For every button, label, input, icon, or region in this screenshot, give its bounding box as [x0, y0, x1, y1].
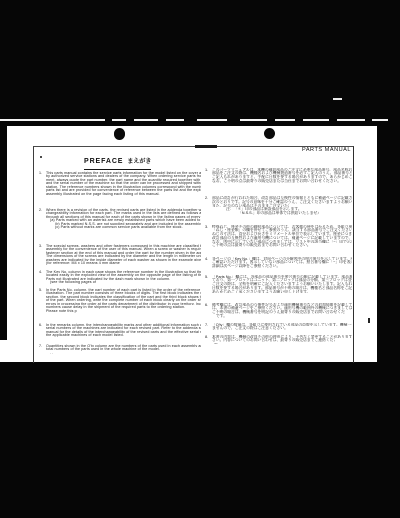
paragraph-number: 6. [39, 323, 42, 327]
scan-scratch-line [112, 119, 126, 121]
paragraph: 4.各ページの「Key No.」欄は、対向ページの分解図中の照合番号を示していま… [205, 257, 352, 268]
text-line: (see the following pages of each section… [50, 280, 97, 284]
text-line: です。 [216, 314, 233, 318]
text-line: the applicable machines of each model li… [46, 333, 127, 337]
scan-scratch-line [134, 119, 158, 121]
text-line: ませんので、ご注文の際はご注意ください。 [212, 326, 293, 330]
paragraph-number: 4. [39, 270, 42, 274]
scan-scratch-line [337, 119, 365, 121]
paragraph-lines: When there is a revision of the parts, t… [46, 208, 201, 230]
scan-scratch-line [275, 119, 295, 121]
paragraph-lines: The Key No. column in each page shows th… [46, 270, 201, 284]
paragraph-number: 3. [39, 244, 42, 248]
paragraph-number: 5. [205, 275, 208, 279]
paragraph: 5.In the Parts No. column, the part numb… [39, 288, 201, 313]
paragraph-number: 5. [39, 288, 42, 292]
preface-title: PREFACE [84, 158, 123, 165]
paragraph-lines: 「Parts No.」欄には、各部品の部品番号を照合番号の順に記載しています。部… [212, 275, 352, 294]
text-line: あらかじめご了承くださいますようお願い申し上げます。 [212, 290, 321, 294]
header-parts-manual: PARTS MANUAL [302, 147, 351, 153]
paragraph: 7.「Q'ty」欄の数量は、各組立に使用されている部品の員数を示しています。機械… [205, 323, 352, 331]
punch-hole [114, 128, 126, 140]
text-line: assembly illustrated on the page facing … [46, 192, 179, 196]
text-line: . . [50, 351, 62, 355]
paragraph-lines: このパーツマニュアルは、本機の補給部品のご注文に必要な部品番号、部品名称および員… [212, 168, 352, 183]
text-line: (for reference: M4 x 10 means 4 mm diame… [46, 261, 120, 265]
paragraph-number: 6. [205, 303, 208, 307]
paragraph-lines: This parts manual contains the service p… [46, 171, 201, 196]
paragraph: 2.部品に改訂が行われた場合、改訂部品は互換性の情報とともに補遺ページに記載され… [205, 196, 352, 215]
text-line: Please note this point. [46, 309, 77, 313]
scan-scratch-line [166, 119, 184, 121]
paragraph-number: 2. [39, 208, 42, 212]
scan-scratch-line [0, 119, 105, 121]
paragraph-number: 8. [205, 335, 208, 339]
paragraph-number: 2. [205, 196, 208, 200]
paragraph-number: 7. [39, 344, 42, 348]
text-line: さい。内容についてのお問い合わせは、最寄りの販売店までご連絡ください。 [212, 338, 335, 342]
text-line: ご不明の場合は、機械番号を明記のうえ最寄りの販売店までお問い合わせください。 [212, 310, 345, 314]
paragraph: 6.In the remarks column, the interchange… [39, 323, 201, 337]
paragraph-lines: 特殊ねじ、座金その他の締結部品については、お客様の便をはかるため、各組立単位ごと… [212, 225, 352, 248]
paragraph-lines: 各ページの「Key No.」欄は、対向ページの分解図中の照合番号を示しています。… [212, 257, 352, 268]
scan-scratch-line [372, 119, 388, 121]
scan-scratch-line [303, 119, 329, 121]
ink-speck [368, 318, 370, 323]
paragraph-lines: 備考欄には、改訂部品の互換性記号および適用機械番号などの追加情報を記載しています… [212, 303, 352, 318]
border-ink-mark [195, 145, 217, 148]
text-line: 詳細は次ページ以降をご参照ください。 [212, 264, 289, 268]
paragraph: 1.This parts manual contains the service… [39, 171, 201, 196]
paragraph-lines: The special screws, washers and other fa… [46, 244, 201, 266]
paragraph: 5.「Parts No.」欄には、各部品の部品番号を照合番号の順に記載しています… [205, 275, 352, 294]
scan-scratch-line [197, 119, 227, 121]
text-line: 「N.S.S.」印の部品は単体では供給いたしません。 [238, 211, 319, 215]
paragraph: 3.The special screws, washers and other … [39, 244, 201, 266]
paragraph: 8.本書の内容は、機械の改良その他の理由により、予告なく変更することがありますの… [205, 335, 352, 346]
scan-speck [333, 98, 342, 100]
paragraph-lines: 部品に改訂が行われた場合、改訂部品は互換性の情報とともに補遺ページに記載されます… [212, 196, 352, 215]
paragraph-lines: In the Parts No. column, the part number… [46, 288, 201, 313]
paragraph: 2.When there is a revision of the parts,… [39, 208, 201, 230]
page-edge [0, 340, 7, 362]
paragraph-lines: 「Q'ty」欄の数量は、各組立に使用されている部品の員数を示しています。機械一台… [212, 323, 352, 331]
scan-scratch-line [240, 119, 267, 121]
paragraph-lines: Quantities shown in the Q'ty column are … [46, 344, 201, 355]
text-line: ご不明の点は最寄りの販売店までお問い合わせください。 [212, 243, 316, 247]
paragraph: 7.Quantities shown in the Q'ty column ar… [39, 344, 201, 355]
paragraph: 1.このパーツマニュアルは、本機の補給部品のご注文に必要な部品番号、部品名称およ… [205, 168, 352, 183]
page-title: PREFACEまえがき [84, 150, 151, 171]
text-line: なお、ご不明の点は最寄りの販売店または当社までお問い合わせください。 [212, 179, 341, 183]
paragraph-number: 7. [205, 323, 208, 327]
paragraph-number: 4. [205, 257, 208, 261]
text-line: total numbers of the parts used in the w… [46, 347, 179, 351]
paragraph: 3.特殊ねじ、座金その他の締結部品については、お客様の便をはかるため、各組立単位… [205, 225, 352, 248]
paragraph: 4.The Key No. column in each page shows … [39, 270, 201, 284]
bullet-mark [40, 156, 42, 158]
paragraph-number: 3. [205, 225, 208, 229]
punch-hole [264, 128, 275, 139]
preface-title-japanese: まえがき [127, 159, 151, 165]
scanned-document: PREFACEまえがき PARTS MANUAL 1.This parts ma… [0, 0, 400, 518]
paragraph-number: 1. [39, 171, 42, 175]
paragraph-number: 1. [205, 168, 208, 172]
text-line: 〜 [214, 342, 222, 346]
paragraph-lines: 本書の内容は、機械の改良その他の理由により、予告なく変更することがありますのであ… [212, 335, 352, 346]
text-line: (c) Parts without marks are common servi… [55, 225, 191, 229]
paragraph: 6.備考欄には、改訂部品の互換性記号および適用機械番号などの追加情報を記載してい… [205, 303, 352, 318]
paragraph-lines: In the remarks column, the interchangeab… [46, 323, 201, 337]
